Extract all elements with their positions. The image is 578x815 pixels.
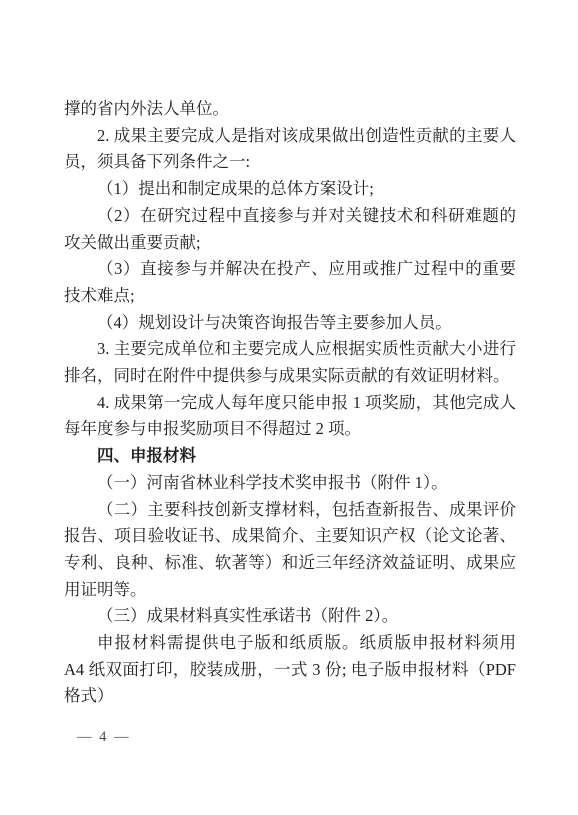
- section-heading-application-materials: 四、申报材料: [64, 443, 516, 470]
- paragraph-condition-1: （1）提出和制定成果的总体方案设计;: [64, 176, 516, 203]
- paragraph-condition-4: （4）规划设计与决策咨询报告等主要参加人员。: [64, 310, 516, 337]
- paragraph-submission-note: 申报材料需提供电子版和纸质版。纸质版申报材料须用 A4 纸双面打印，胶装成册，一…: [64, 630, 516, 710]
- paragraph-continuation: 撑的省内外法人单位。: [64, 96, 516, 123]
- page-number: — 4 —: [77, 729, 131, 746]
- document-page: 撑的省内外法人单位。 2. 成果主要完成人是指对该成果做出创造性贡献的主要人员，…: [0, 0, 578, 815]
- paragraph-item-3: 3. 主要完成单位和主要完成人应根据实质性贡献大小进行排名，同时在附件中提供参与…: [64, 336, 516, 389]
- paragraph-material-1: （一）河南省林业科学技术奖申报书（附件 1）。: [64, 470, 516, 497]
- document-body: 撑的省内外法人单位。 2. 成果主要完成人是指对该成果做出创造性贡献的主要人员，…: [64, 96, 516, 710]
- paragraph-condition-3: （3）直接参与并解决在投产、应用或推广过程中的重要技术难点;: [64, 256, 516, 309]
- paragraph-condition-2: （2）在研究过程中直接参与并对关键技术和科研难题的攻关做出重要贡献;: [64, 203, 516, 256]
- paragraph-material-3: （三）成果材料真实性承诺书（附件 2）。: [64, 603, 516, 630]
- paragraph-material-2: （二）主要科技创新支撑材料，包括查新报告、成果评价报告、项目验收证书、成果简介、…: [64, 497, 516, 604]
- paragraph-item-2: 2. 成果主要完成人是指对该成果做出创造性贡献的主要人员，须具备下列条件之一:: [64, 123, 516, 176]
- paragraph-item-4: 4. 成果第一完成人每年度只能申报 1 项奖励，其他完成人每年度参与申报奖励项目…: [64, 390, 516, 443]
